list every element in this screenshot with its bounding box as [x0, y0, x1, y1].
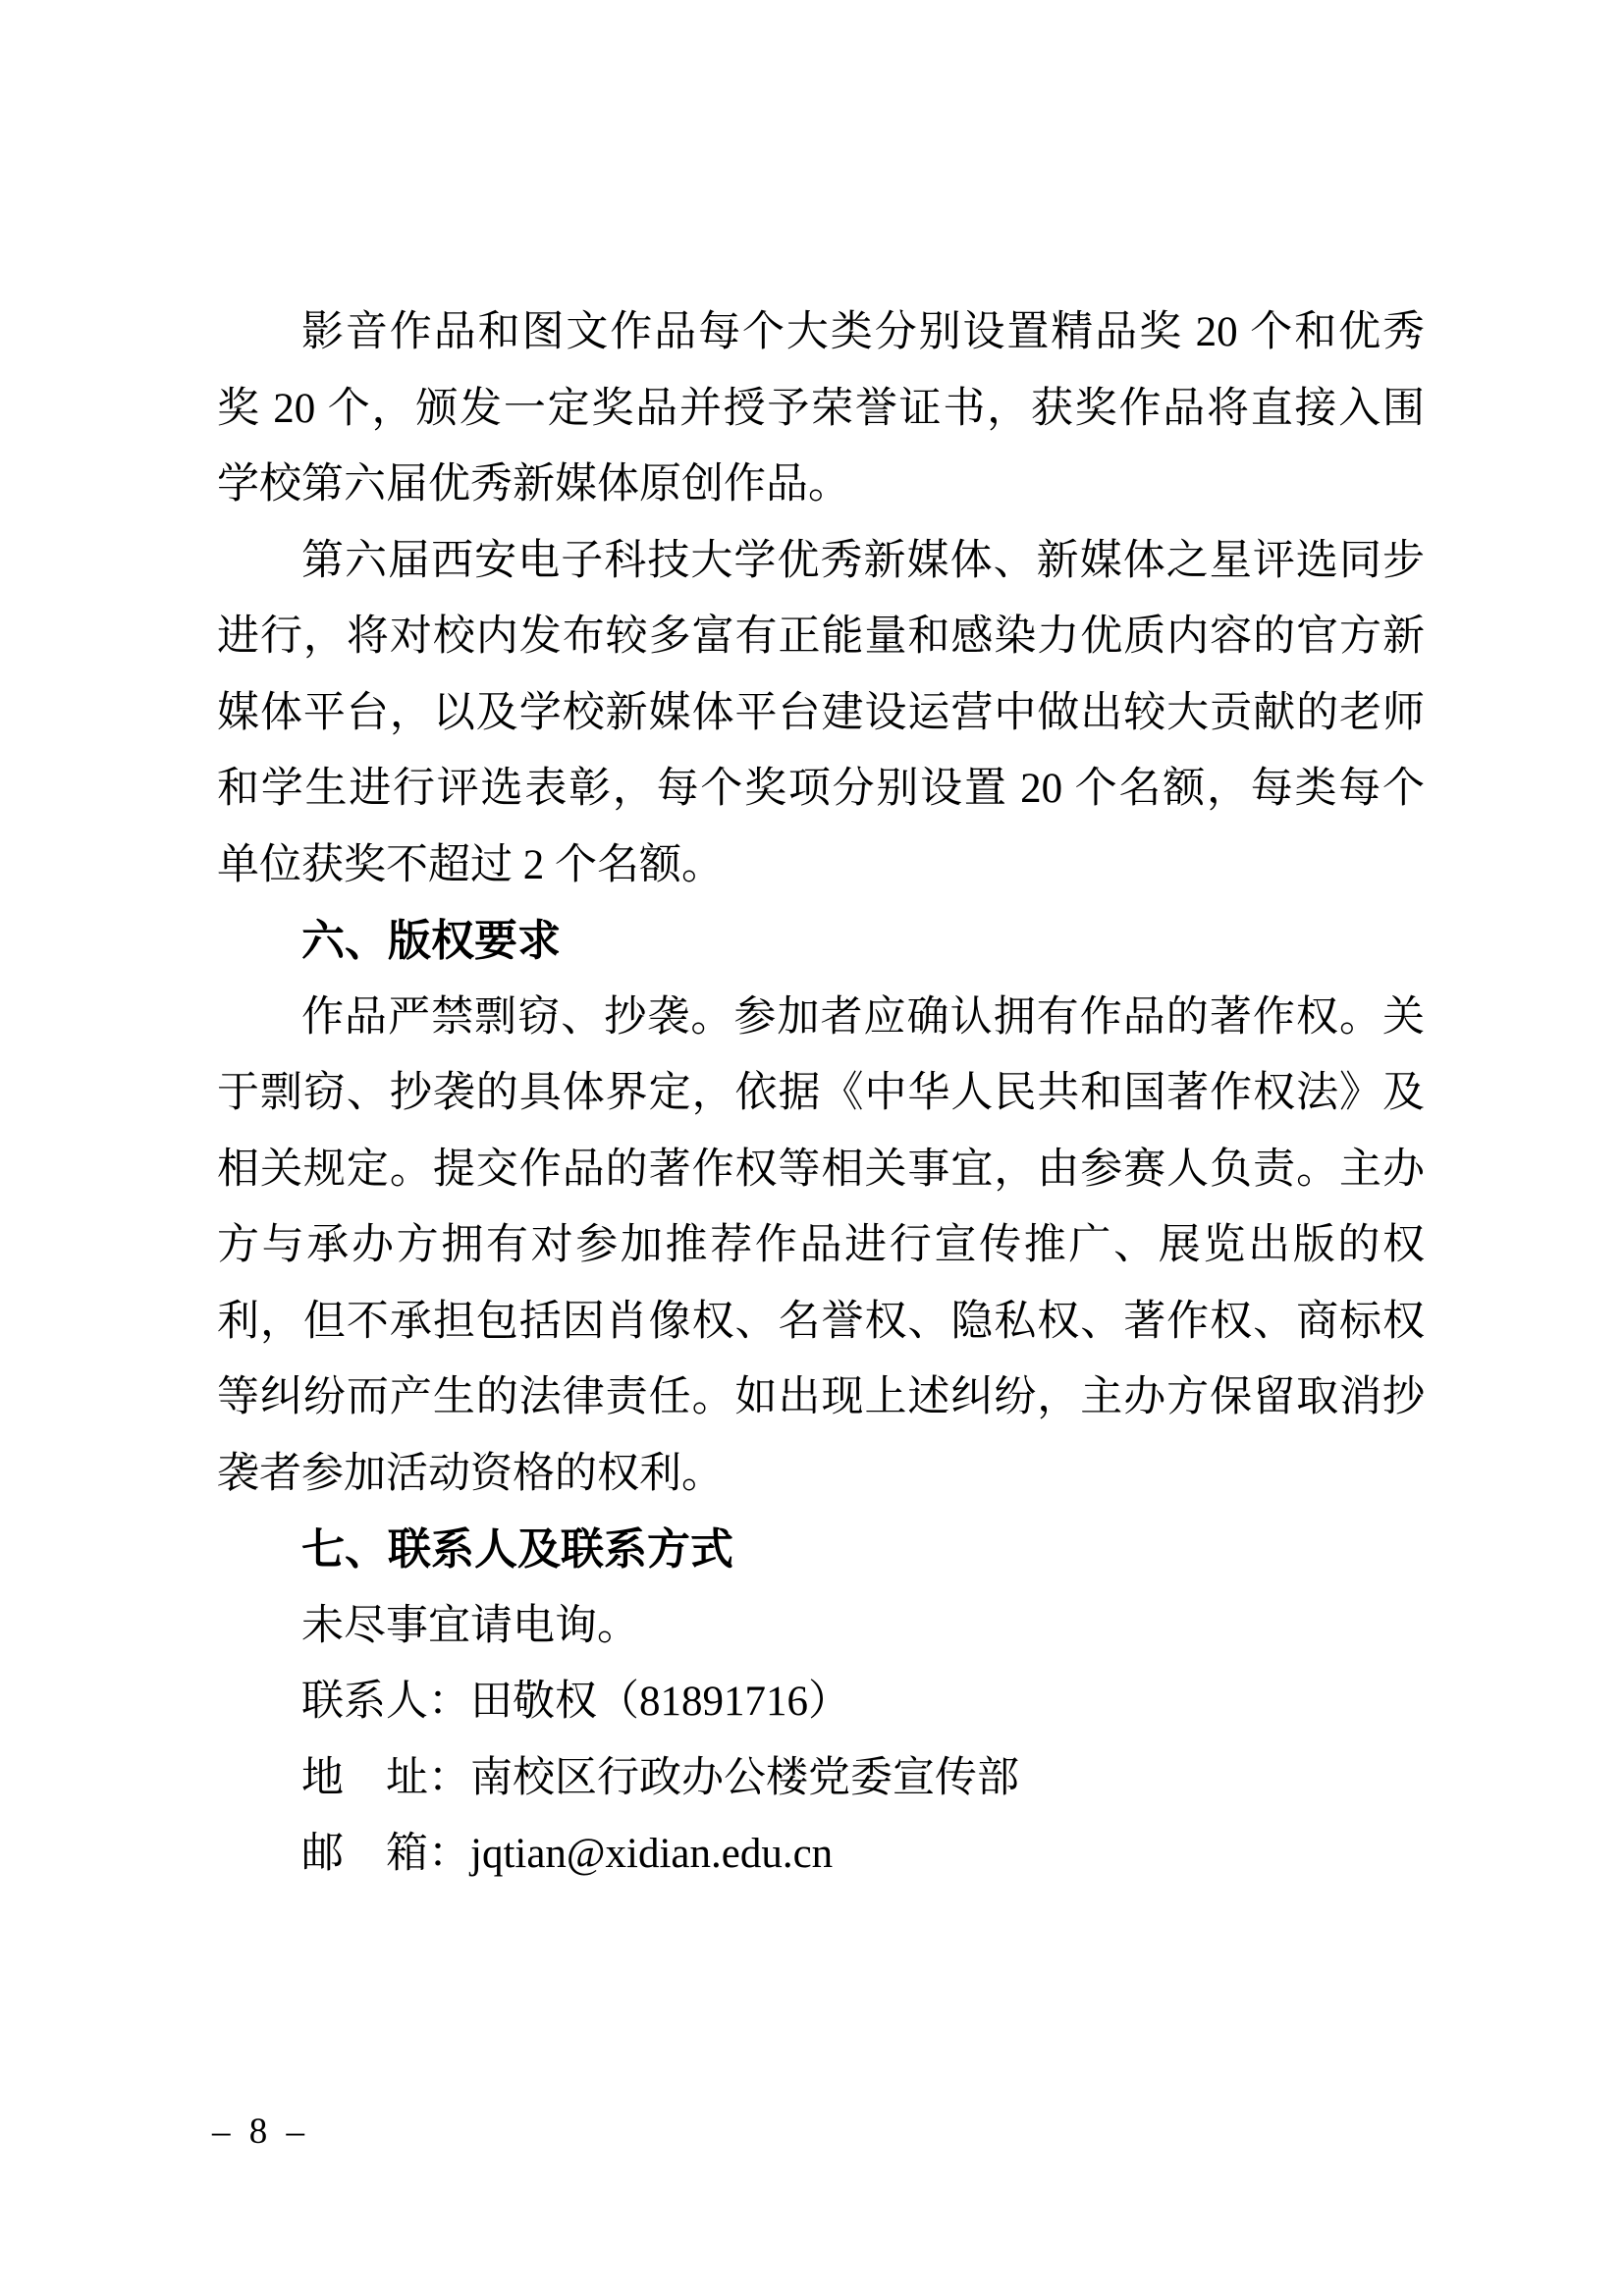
paragraph-line: 进行，将对校内发布较多富有正能量和感染力优质内容的官方新 [217, 599, 1425, 675]
paragraph-line: 于剽窃、抄袭的具体界定，依据《中华人民共和国著作权法》及 [217, 1055, 1425, 1132]
section-heading-copyright: 六、版权要求 [217, 903, 1425, 980]
paragraph-line: 未尽事宜请电询。 [217, 1588, 1425, 1665]
document-body: 影音作品和图文作品每个大类分别设置精品奖 20 个和优秀 奖 20 个，颁发一定… [217, 294, 1425, 1893]
paragraph-line: 媒体平台，以及学校新媒体平台建设运营中做出较大贡献的老师 [217, 675, 1425, 752]
paragraph-line: 和学生进行评选表彰，每个奖项分别设置 20 个名额，每类每个 [217, 751, 1425, 828]
paragraph-line: 方与承办方拥有对参加推荐作品进行宣传推广、展览出版的权 [217, 1207, 1425, 1284]
paragraph-line: 相关规定。提交作品的著作权等相关事宜，由参赛人负责。主办 [217, 1132, 1425, 1208]
paragraph-line: 奖 20 个，颁发一定奖品并授予荣誉证书，获奖作品将直接入围 [217, 371, 1425, 448]
contact-person-line: 联系人：田敬权（81891716） [217, 1664, 1425, 1740]
section-heading-contact: 七、联系人及联系方式 [217, 1512, 1425, 1588]
paragraph-line: 单位获奖不超过 2 个名额。 [217, 828, 1425, 904]
paragraph-line: 第六届西安电子科技大学优秀新媒体、新媒体之星评选同步 [217, 523, 1425, 600]
contact-email-line: 邮 箱：jqtian@xidian.edu.cn [217, 1816, 1425, 1893]
paragraph-line: 影音作品和图文作品每个大类分别设置精品奖 20 个和优秀 [217, 294, 1425, 371]
paragraph-line: 等纠纷而产生的法律责任。如出现上述纠纷，主办方保留取消抄 [217, 1360, 1425, 1436]
paragraph-line: 袭者参加活动资格的权利。 [217, 1436, 1425, 1513]
paragraph-line: 作品严禁剽窃、抄袭。参加者应确认拥有作品的著作权。关 [217, 980, 1425, 1056]
paragraph-line: 学校第六届优秀新媒体原创作品。 [217, 447, 1425, 523]
paragraph-line: 利，但不承担包括因肖像权、名誉权、隐私权、著作权、商标权 [217, 1284, 1425, 1361]
page-number: – 8 – [212, 2110, 309, 2154]
document-page: 影音作品和图文作品每个大类分别设置精品奖 20 个和优秀 奖 20 个，颁发一定… [0, 0, 1624, 2296]
contact-address-line: 地 址：南校区行政办公楼党委宣传部 [217, 1740, 1425, 1817]
